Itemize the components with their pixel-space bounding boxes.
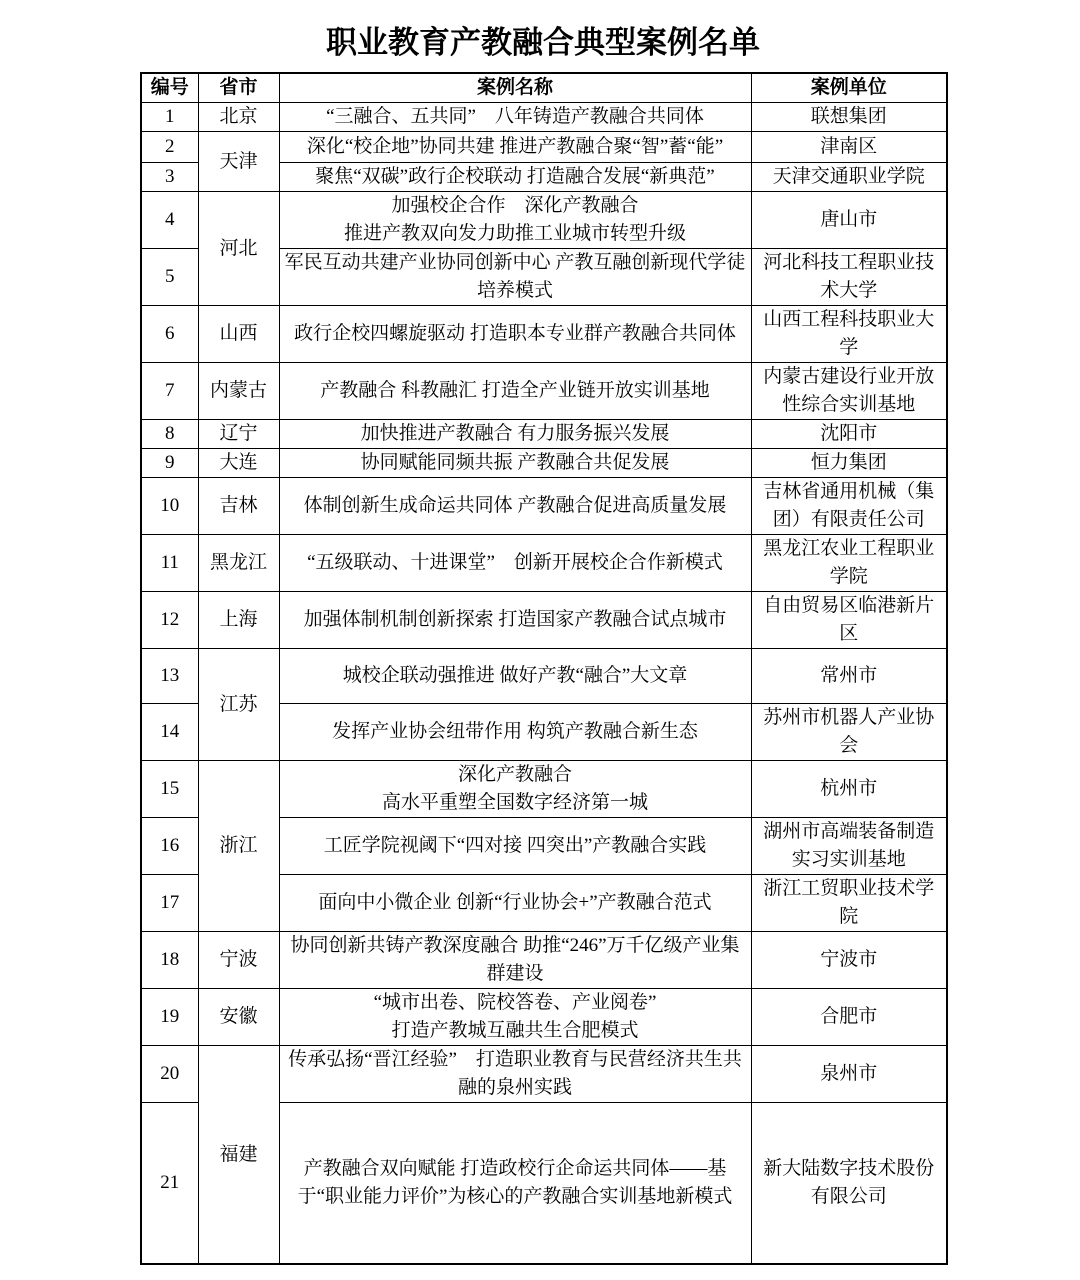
case-name-cell: “城市出卷、院校答卷、产业阅卷” 打造产教城互融共生合肥模式 bbox=[279, 989, 751, 1046]
row-number-cell: 7 bbox=[141, 363, 198, 420]
case-unit-cell: 浙江工贸职业技术学院 bbox=[751, 875, 947, 932]
page-title: 职业教育产教融合典型案例名单 bbox=[140, 25, 946, 61]
province-cell: 江苏 bbox=[198, 649, 279, 761]
case-name-cell: 发挥产业协会纽带作用 构筑产教融合新生态 bbox=[279, 704, 751, 761]
row-number-cell: 18 bbox=[141, 932, 198, 989]
table-row: 12 上海 加强体制机制创新探索 打造国家产教融合试点城市 自由贸易区临港新片区 bbox=[141, 592, 947, 649]
row-number-cell: 5 bbox=[141, 249, 198, 306]
case-name-cell: 加快推进产教融合 有力服务振兴发展 bbox=[279, 420, 751, 449]
table-row: 11 黑龙江 “五级联动、十进课堂” 创新开展校企合作新模式 黑龙江农业工程职业… bbox=[141, 535, 947, 592]
row-number-cell: 16 bbox=[141, 818, 198, 875]
province-cell: 山西 bbox=[198, 306, 279, 363]
table-row: 2 天津 深化“校企地”协同共建 推进产教融合聚“智”蓄“能” 津南区 bbox=[141, 132, 947, 163]
table-row: 8 辽宁 加快推进产教融合 有力服务振兴发展 沈阳市 bbox=[141, 420, 947, 449]
case-name-cell: “五级联动、十进课堂” 创新开展校企合作新模式 bbox=[279, 535, 751, 592]
row-number-cell: 11 bbox=[141, 535, 198, 592]
case-name-cell: 聚焦“双碳”政行企校联动 打造融合发展“新典范” bbox=[279, 163, 751, 192]
case-unit-cell: 津南区 bbox=[751, 132, 947, 163]
header-province: 省市 bbox=[198, 73, 279, 103]
case-name-cell: 协同赋能同频共振 产教融合共促发展 bbox=[279, 449, 751, 478]
case-unit-cell: 自由贸易区临港新片区 bbox=[751, 592, 947, 649]
province-cell: 天津 bbox=[198, 132, 279, 192]
row-number-cell: 2 bbox=[141, 132, 198, 163]
table-row: 9 大连 协同赋能同频共振 产教融合共促发展 恒力集团 bbox=[141, 449, 947, 478]
case-name-cell: 城校企联动强推进 做好产教“融合”大文章 bbox=[279, 649, 751, 704]
table-row: 15 浙江 深化产教融合 高水平重塑全国数字经济第一城 杭州市 bbox=[141, 761, 947, 818]
row-number-cell: 8 bbox=[141, 420, 198, 449]
case-unit-cell: 合肥市 bbox=[751, 989, 947, 1046]
case-table: 编号 省市 案例名称 案例单位 1 北京 “三融合、五共同” 八年铸造产教融合共… bbox=[140, 72, 948, 1265]
case-name-cell: 产教融合 科教融汇 打造全产业链开放实训基地 bbox=[279, 363, 751, 420]
case-name-cell: “三融合、五共同” 八年铸造产教融合共同体 bbox=[279, 103, 751, 132]
province-cell: 吉林 bbox=[198, 478, 279, 535]
case-unit-cell: 杭州市 bbox=[751, 761, 947, 818]
table-row: 10 吉林 体制创新生成命运共同体 产教融合促进高质量发展 吉林省通用机械（集团… bbox=[141, 478, 947, 535]
table-row: 19 安徽 “城市出卷、院校答卷、产业阅卷” 打造产教城互融共生合肥模式 合肥市 bbox=[141, 989, 947, 1046]
document-page: 职业教育产教融合典型案例名单 编号 省市 案例名称 案例单位 1 北京 “三融合… bbox=[140, 0, 946, 1265]
row-number-cell: 4 bbox=[141, 192, 198, 249]
case-name-cell: 体制创新生成命运共同体 产教融合促进高质量发展 bbox=[279, 478, 751, 535]
province-cell: 黑龙江 bbox=[198, 535, 279, 592]
row-number-cell: 10 bbox=[141, 478, 198, 535]
case-name-cell: 面向中小微企业 创新“行业协会+”产教融合范式 bbox=[279, 875, 751, 932]
case-unit-cell: 新大陆数字技术股份有限公司 bbox=[751, 1103, 947, 1265]
case-unit-cell: 苏州市机器人产业协会 bbox=[751, 704, 947, 761]
header-case-name: 案例名称 bbox=[279, 73, 751, 103]
table-row: 6 山西 政行企校四螺旋驱动 打造职本专业群产教融合共同体 山西工程科技职业大学 bbox=[141, 306, 947, 363]
row-number-cell: 14 bbox=[141, 704, 198, 761]
row-number-cell: 20 bbox=[141, 1046, 198, 1103]
row-number-cell: 17 bbox=[141, 875, 198, 932]
header-row: 编号 省市 案例名称 案例单位 bbox=[141, 73, 947, 103]
case-name-cell: 深化产教融合 高水平重塑全国数字经济第一城 bbox=[279, 761, 751, 818]
case-unit-cell: 天津交通职业学院 bbox=[751, 163, 947, 192]
province-cell: 上海 bbox=[198, 592, 279, 649]
case-unit-cell: 唐山市 bbox=[751, 192, 947, 249]
row-number-cell: 19 bbox=[141, 989, 198, 1046]
table-row: 13 江苏 城校企联动强推进 做好产教“融合”大文章 常州市 bbox=[141, 649, 947, 704]
table-row: 18 宁波 协同创新共铸产教深度融合 助推“246”万千亿级产业集群建设 宁波市 bbox=[141, 932, 947, 989]
header-number: 编号 bbox=[141, 73, 198, 103]
case-name-cell: 加强校企合作 深化产教融合 推进产教双向发力助推工业城市转型升级 bbox=[279, 192, 751, 249]
province-cell: 福建 bbox=[198, 1046, 279, 1265]
row-number-cell: 6 bbox=[141, 306, 198, 363]
case-unit-cell: 内蒙古建设行业开放性综合实训基地 bbox=[751, 363, 947, 420]
province-cell: 辽宁 bbox=[198, 420, 279, 449]
province-cell: 河北 bbox=[198, 192, 279, 306]
case-unit-cell: 宁波市 bbox=[751, 932, 947, 989]
case-unit-cell: 恒力集团 bbox=[751, 449, 947, 478]
case-unit-cell: 常州市 bbox=[751, 649, 947, 704]
row-number-cell: 3 bbox=[141, 163, 198, 192]
case-unit-cell: 吉林省通用机械（集团）有限责任公司 bbox=[751, 478, 947, 535]
case-unit-cell: 联想集团 bbox=[751, 103, 947, 132]
row-number-cell: 21 bbox=[141, 1103, 198, 1265]
row-number-cell: 15 bbox=[141, 761, 198, 818]
row-number-cell: 12 bbox=[141, 592, 198, 649]
table-row: 7 内蒙古 产教融合 科教融汇 打造全产业链开放实训基地 内蒙古建设行业开放性综… bbox=[141, 363, 947, 420]
case-unit-cell: 沈阳市 bbox=[751, 420, 947, 449]
table-row: 1 北京 “三融合、五共同” 八年铸造产教融合共同体 联想集团 bbox=[141, 103, 947, 132]
table-row: 4 河北 加强校企合作 深化产教融合 推进产教双向发力助推工业城市转型升级 唐山… bbox=[141, 192, 947, 249]
row-number-cell: 9 bbox=[141, 449, 198, 478]
row-number-cell: 1 bbox=[141, 103, 198, 132]
case-name-cell: 政行企校四螺旋驱动 打造职本专业群产教融合共同体 bbox=[279, 306, 751, 363]
case-name-cell: 产教融合双向赋能 打造政校行企命运共同体——基于“职业能力评价”为核心的产教融合… bbox=[279, 1103, 751, 1265]
case-name-cell: 深化“校企地”协同共建 推进产教融合聚“智”蓄“能” bbox=[279, 132, 751, 163]
province-cell: 安徽 bbox=[198, 989, 279, 1046]
case-unit-cell: 河北科技工程职业技术大学 bbox=[751, 249, 947, 306]
province-cell: 大连 bbox=[198, 449, 279, 478]
case-unit-cell: 湖州市高端装备制造实习实训基地 bbox=[751, 818, 947, 875]
table-row: 20 福建 传承弘扬“晋江经验” 打造职业教育与民营经济共生共融的泉州实践 泉州… bbox=[141, 1046, 947, 1103]
case-unit-cell: 山西工程科技职业大学 bbox=[751, 306, 947, 363]
header-case-unit: 案例单位 bbox=[751, 73, 947, 103]
province-cell: 浙江 bbox=[198, 761, 279, 932]
case-unit-cell: 黑龙江农业工程职业学院 bbox=[751, 535, 947, 592]
case-name-cell: 传承弘扬“晋江经验” 打造职业教育与民营经济共生共融的泉州实践 bbox=[279, 1046, 751, 1103]
case-name-cell: 加强体制机制创新探索 打造国家产教融合试点城市 bbox=[279, 592, 751, 649]
case-unit-cell: 泉州市 bbox=[751, 1046, 947, 1103]
row-number-cell: 13 bbox=[141, 649, 198, 704]
province-cell: 内蒙古 bbox=[198, 363, 279, 420]
case-name-cell: 工匠学院视阈下“四对接 四突出”产教融合实践 bbox=[279, 818, 751, 875]
case-name-cell: 协同创新共铸产教深度融合 助推“246”万千亿级产业集群建设 bbox=[279, 932, 751, 989]
case-name-cell: 军民互动共建产业协同创新中心 产教互融创新现代学徒培养模式 bbox=[279, 249, 751, 306]
province-cell: 宁波 bbox=[198, 932, 279, 989]
province-cell: 北京 bbox=[198, 103, 279, 132]
